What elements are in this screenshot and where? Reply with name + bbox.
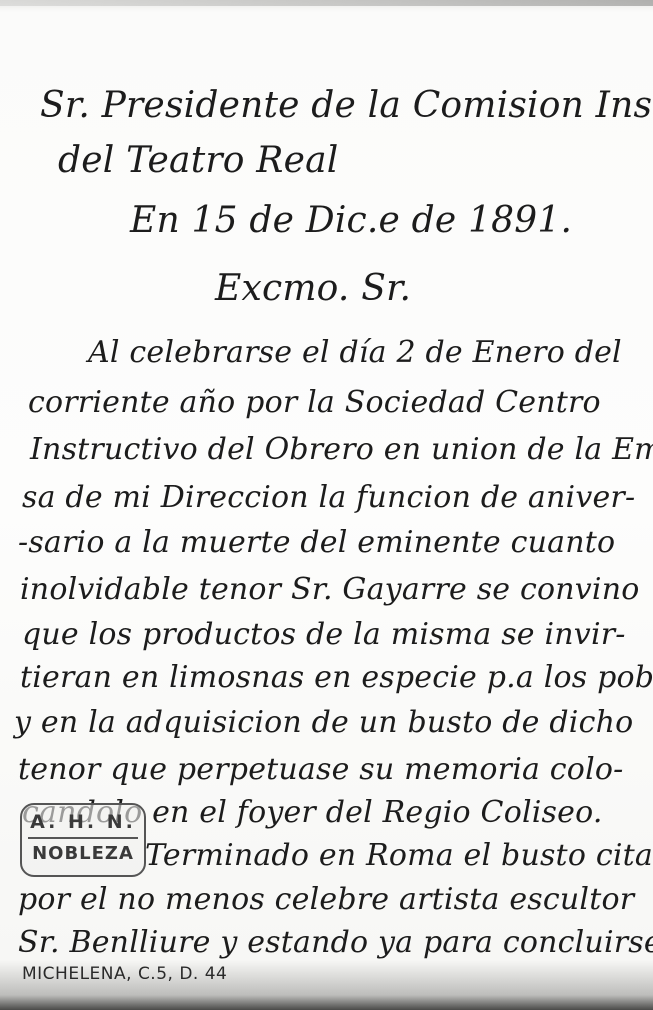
body-line: Sr. Benlliure y estando ya para concluir…: [18, 925, 653, 960]
stamp-line-1: A. H. N.: [22, 811, 144, 833]
archive-stamp: A. H. N. NOBLEZA: [20, 803, 146, 877]
body-line: Al celebrarse el día 2 de Enero del: [88, 335, 622, 370]
archive-reference: MICHELENA, C.5, D. 44: [22, 964, 227, 984]
body-line: corriente año por la Sociedad Centro: [28, 385, 601, 420]
stamp-divider: [28, 837, 138, 839]
stamp-line-2: NOBLEZA: [22, 843, 144, 864]
body-line: -sario a la muerte del eminente cuanto: [18, 525, 615, 560]
body-line: Instructivo del Obrero en union de la Em…: [30, 432, 653, 467]
addressee-line-1: Sr. Presidente de la Comision Inspectora: [40, 85, 653, 126]
salutation: Excmo. Sr.: [215, 268, 411, 309]
body-line: tieran en limosnas en especie p.a los po…: [20, 660, 653, 695]
body-line: Terminado en Roma el busto citado: [145, 838, 653, 873]
body-line: por el no menos celebre artista escultor: [18, 882, 634, 917]
body-line: inolvidable tenor Sr. Gayarre se convino: [20, 572, 639, 607]
document-page: Sr. Presidente de la Comision Inspectora…: [0, 0, 653, 1010]
body-line: y en la adquisicion de un busto de dicho: [14, 705, 633, 740]
addressee-line-2: del Teatro Real: [58, 140, 338, 181]
body-line: tenor que perpetuase su memoria colo-: [18, 752, 623, 787]
date-line: En 15 de Dic.e de 1891.: [130, 200, 572, 241]
body-line: que los productos de la misma se invir-: [22, 617, 626, 652]
body-line: sa de mi Direccion la funcion de aniver-: [22, 480, 635, 515]
page-top-edge: [0, 0, 653, 6]
